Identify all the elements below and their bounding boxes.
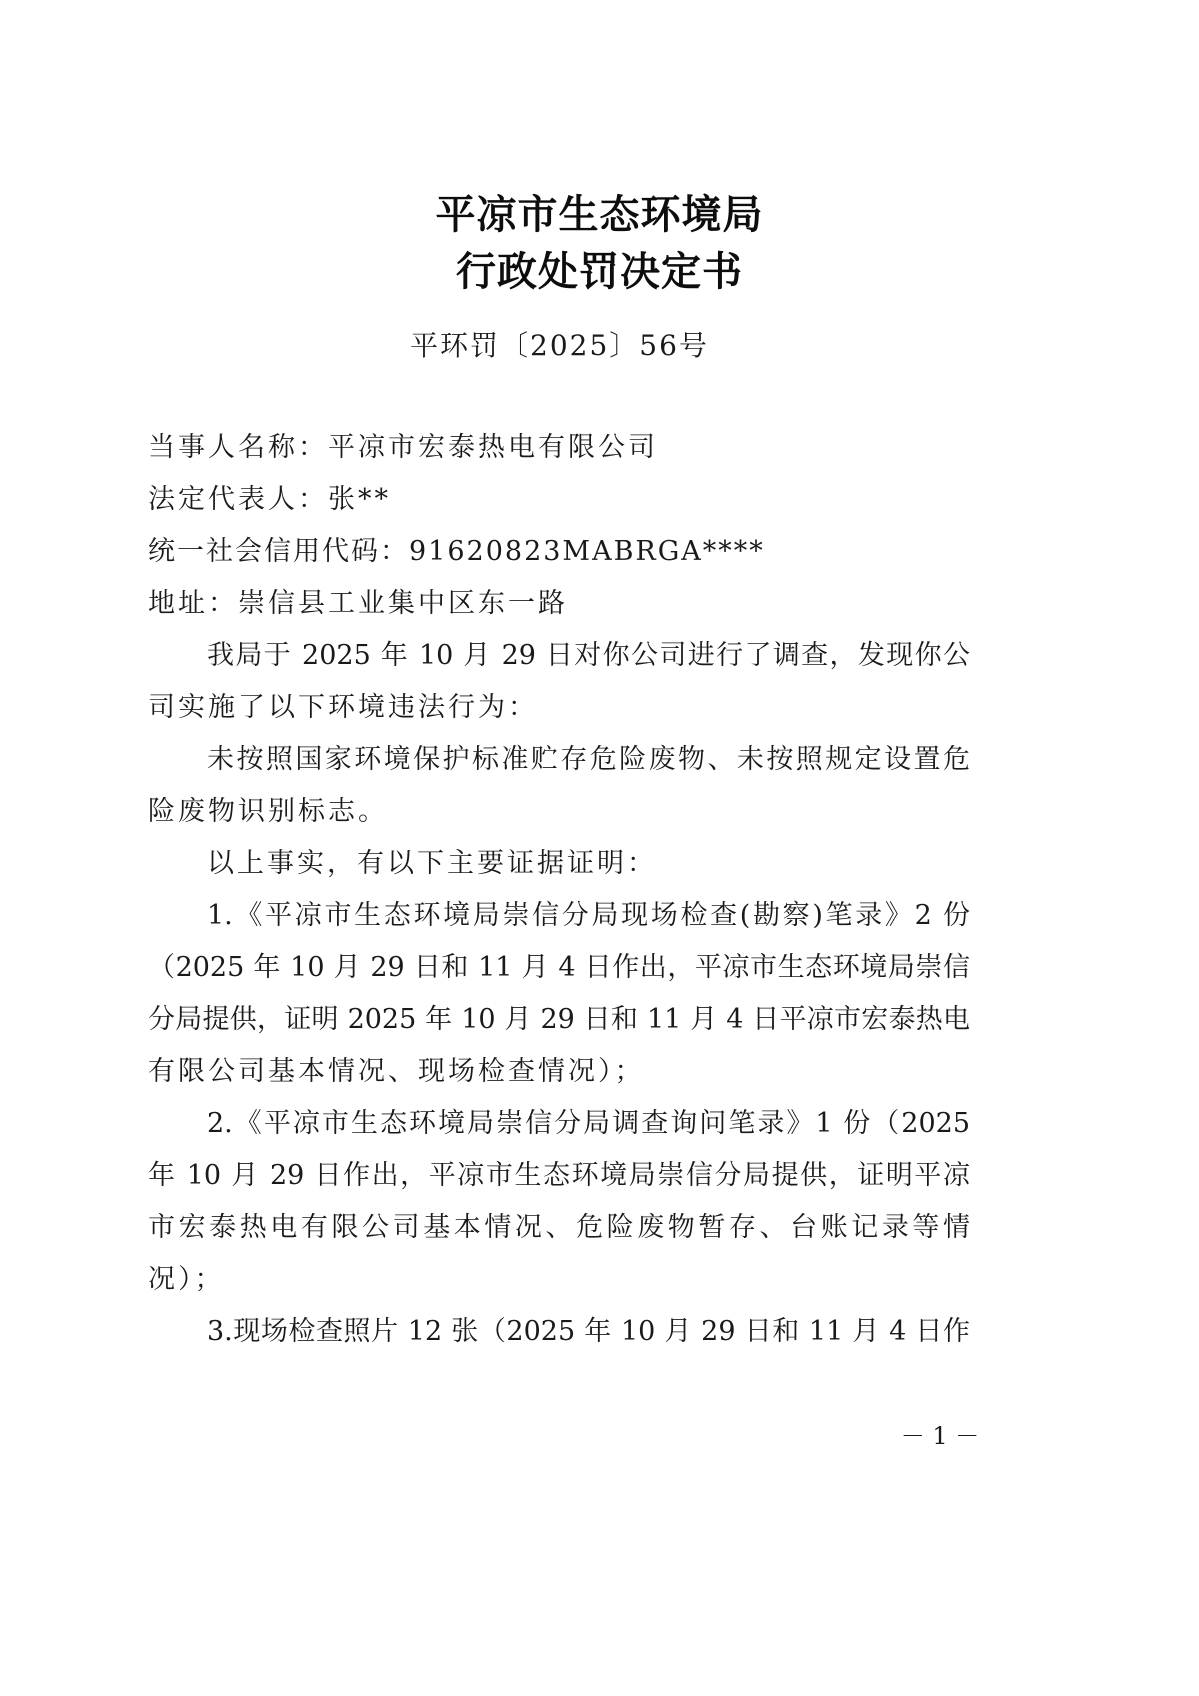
evidence-item-1-line-4: 有限公司基本情况、现场检查情况）； xyxy=(148,1050,970,1094)
evidence-item-3-line-1: 3.现场检查照片 12 张（2025 年 10 月 29 日和 11 月 4 日… xyxy=(207,1310,970,1354)
document-title-type: 行政处罚决定书 xyxy=(0,248,1199,296)
evidence-intro: 以上事实，有以下主要证据证明： xyxy=(207,842,970,886)
violation-paragraph-line-1: 未按照国家环境保护标准贮存危险废物、未按照规定设置危 xyxy=(207,738,970,782)
address-line: 地址：崇信县工业集中区东一路 xyxy=(148,582,970,626)
evidence-item-2-line-3: 市宏泰热电有限公司基本情况、危险废物暂存、台账记录等情 xyxy=(148,1206,970,1250)
page-number: － 1 － xyxy=(900,1416,980,1456)
credit-code-line: 统一社会信用代码：91620823MABRGA**** xyxy=(148,530,970,574)
document-number: 平环罚〔2025〕56号 xyxy=(0,326,1119,366)
document-title-issuer: 平凉市生态环境局 xyxy=(0,191,1199,239)
evidence-item-1-line-2: （2025 年 10 月 29 日和 11 月 4 日作出，平凉市生态环境局崇信 xyxy=(148,946,970,990)
legal-representative-line: 法定代表人：张** xyxy=(148,478,970,522)
evidence-item-2-line-2: 年 10 月 29 日作出，平凉市生态环境局崇信分局提供，证明平凉 xyxy=(148,1154,970,1198)
evidence-item-1-line-1: 1.《平凉市生态环境局崇信分局现场检查(勘察)笔录》2 份 xyxy=(207,894,970,938)
investigation-paragraph-line-2: 司实施了以下环境违法行为： xyxy=(148,686,970,730)
evidence-item-1-line-3: 分局提供，证明 2025 年 10 月 29 日和 11 月 4 日平凉市宏泰热… xyxy=(148,998,970,1042)
party-name-line: 当事人名称：平凉市宏泰热电有限公司 xyxy=(148,426,970,470)
investigation-paragraph-line-1: 我局于 2025 年 10 月 29 日对你公司进行了调查，发现你公 xyxy=(207,634,970,678)
violation-paragraph-line-2: 险废物识别标志。 xyxy=(148,790,970,834)
evidence-item-2-line-1: 2.《平凉市生态环境局崇信分局调查询问笔录》1 份（2025 xyxy=(207,1102,970,1146)
document-page: 平凉市生态环境局 行政处罚决定书 平环罚〔2025〕56号 当事人名称：平凉市宏… xyxy=(0,0,1199,1696)
evidence-item-2-line-4: 况）； xyxy=(148,1258,970,1302)
